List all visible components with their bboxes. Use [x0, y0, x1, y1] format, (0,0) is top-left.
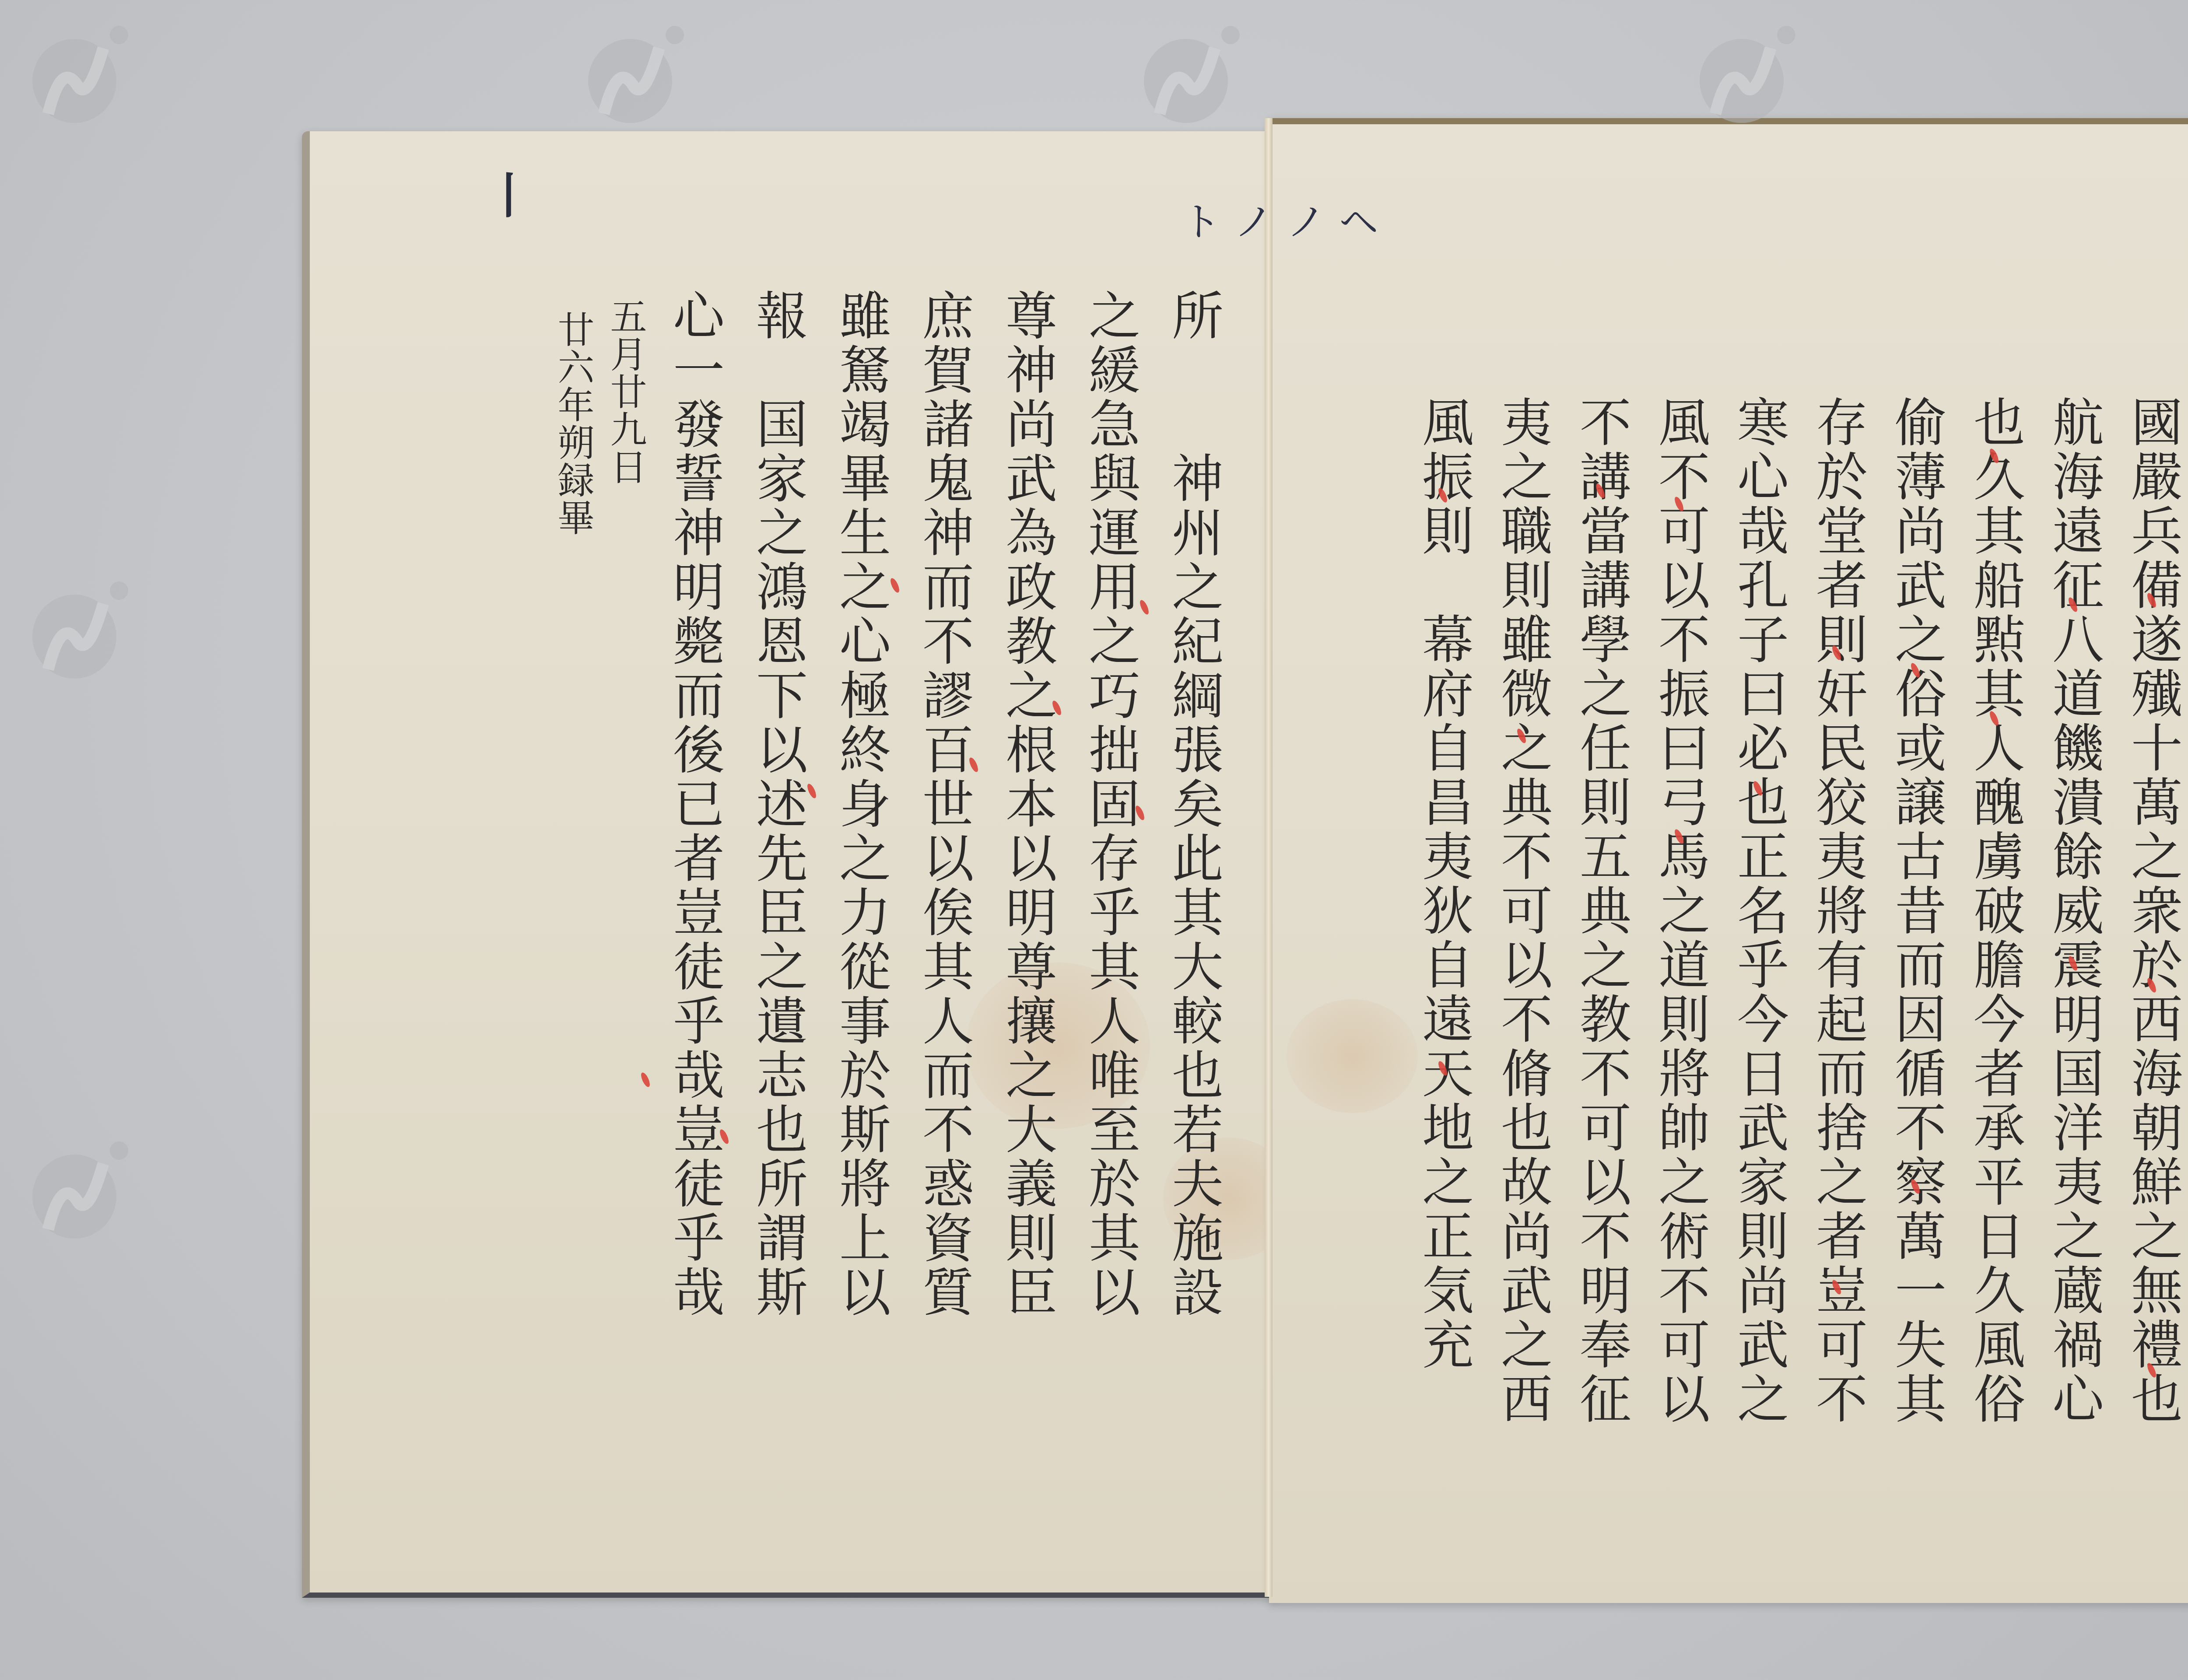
paper-stain [1287, 999, 1418, 1113]
text-column: 所 神州之紀綱張矣此其大較也若夫施設 [1168, 289, 1219, 1319]
text-column: 庶賀諸鬼神而不謬百世以俟其人而不惑資質 [918, 289, 970, 1319]
text-column: 風不可以不振曰弓馬之道則將帥之術不可以 [1654, 395, 1706, 1426]
text-column: 風振則 幕府自昌夷狄自遠天地之正気充 [1418, 395, 1469, 1372]
watermark-logo-icon [9, 1124, 140, 1256]
text-column: 存於堂者則奸民狡夷將有起而捨之者豈可不 [1812, 395, 1863, 1426]
binding-mark: ノ [1287, 190, 1326, 247]
text-column: 之緩急與運用之巧拙固存乎其人唯至於其以 [1084, 289, 1136, 1319]
text-column: 尊神尚武為政教之根本以明尊攘之大義則臣 [1001, 289, 1053, 1319]
text-column: 寒心哉孔子曰必也正名乎今日武家則尚武之 [1733, 395, 1785, 1426]
watermark-logo-icon [9, 564, 140, 696]
book-gutter [1265, 118, 1273, 1597]
open-book: 丨 所 神州之紀綱張矣此其大較也若夫施設 之緩急與運用之巧拙固存乎其人唯至於其以… [280, 114, 2188, 1610]
text-column: 報 国家之鴻恩下以述先臣之遺志也所謂斯 [752, 289, 803, 1319]
red-punctuation-mark [639, 1071, 652, 1088]
corner-mark: 丨 [485, 157, 533, 227]
text-column: 航海遠征八道饑潰餘威震明国洋夷之蔵禍心 [2048, 395, 2100, 1426]
colophon-date: 五月廿九日 [607, 297, 644, 486]
text-column: 不講當講學之任則五典之教不可以不明奉征 [1575, 395, 1627, 1426]
watermark-logo-icon [9, 9, 140, 140]
binding-mark: ト [1182, 190, 1221, 247]
left-page: 丨 所 神州之紀綱張矣此其大較也若夫施設 之緩急與運用之巧拙固存乎其人唯至於其以… [302, 131, 1277, 1598]
text-column: 心一發誓神明斃而後已者豈徒乎哉豈徒乎哉 [669, 289, 720, 1319]
text-column: 偷薄尚武之俗或譲古昔而因循不察萬一失其 [1890, 395, 1942, 1426]
binding-mark: ヘ [1339, 190, 1378, 247]
text-column: 國嚴兵備遂殱十萬之衆於西海朝鮮之無禮也 [2127, 395, 2178, 1426]
text-column: 也久其船㸃其人醜虜破膽今者承平日久風俗 [1969, 395, 2021, 1426]
text-column: 夷之職則雖微之典不可以不脩也故尚武之西 [1497, 395, 1548, 1426]
right-page: ト ノ ノ ヘ 國嚴兵備遂殱十萬之衆於西海朝鮮之無禮也 航海遠征八道饑潰餘威震明… [1269, 118, 2188, 1603]
text-column: 雖駑竭畢生之心極終身之力從事於斯將上以 [835, 289, 887, 1319]
colophon-note: 廿六年朔録畢 [555, 311, 592, 536]
